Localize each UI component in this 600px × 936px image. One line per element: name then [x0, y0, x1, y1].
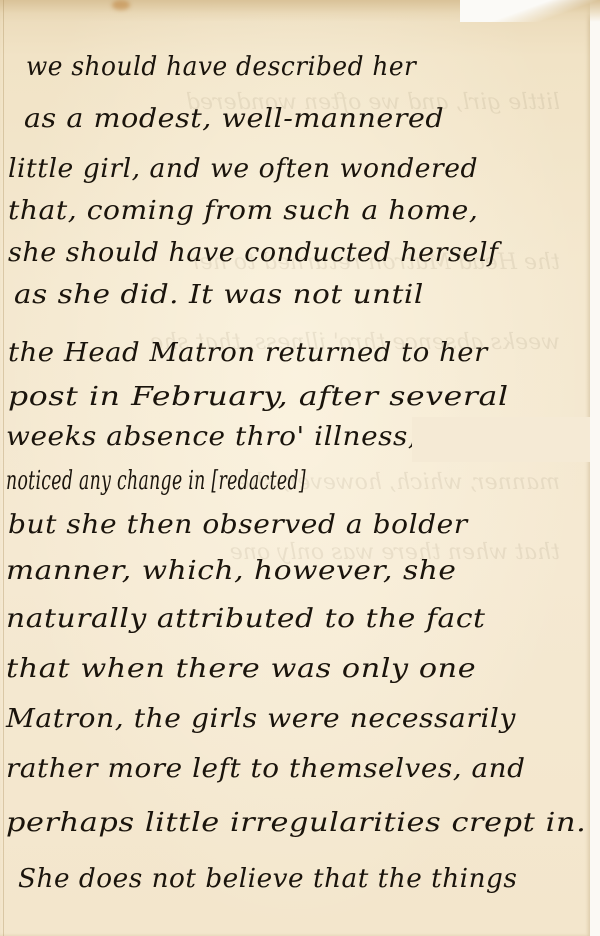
text-line: little girl, and we often wondered	[8, 154, 478, 184]
text-line: Matron, the girls were necessarily	[6, 704, 516, 734]
text-line: the Head Matron returned to her	[8, 338, 488, 368]
text-line: naturally attributed to the fact	[6, 604, 486, 634]
text-line: that when there was only one	[6, 654, 476, 684]
letter-body: we should have described her as a modest…	[0, 0, 590, 936]
text-line: we should have described her	[26, 52, 416, 82]
text-line: rather more left to themselves, and	[6, 754, 526, 784]
redaction-patch	[412, 417, 590, 462]
text-line: but she then observed a bolder	[8, 510, 468, 540]
text-line: manner, which, however, she	[6, 556, 456, 586]
text-line: she should have conducted herself	[8, 238, 498, 268]
text-line: as she did. It was not until	[14, 280, 424, 310]
text-line: She does not believe that the things	[18, 864, 517, 894]
text-line: perhaps little irregularities crept in.	[6, 808, 586, 838]
text-line: that, coming from such a home,	[8, 196, 478, 226]
text-line: as a modest, well-mannered	[24, 104, 444, 134]
scanned-page: little girl, and we often wondered the H…	[0, 0, 600, 936]
text-line: noticed any change in [redacted]	[6, 466, 306, 496]
text-line: post in February, after several	[8, 382, 509, 412]
